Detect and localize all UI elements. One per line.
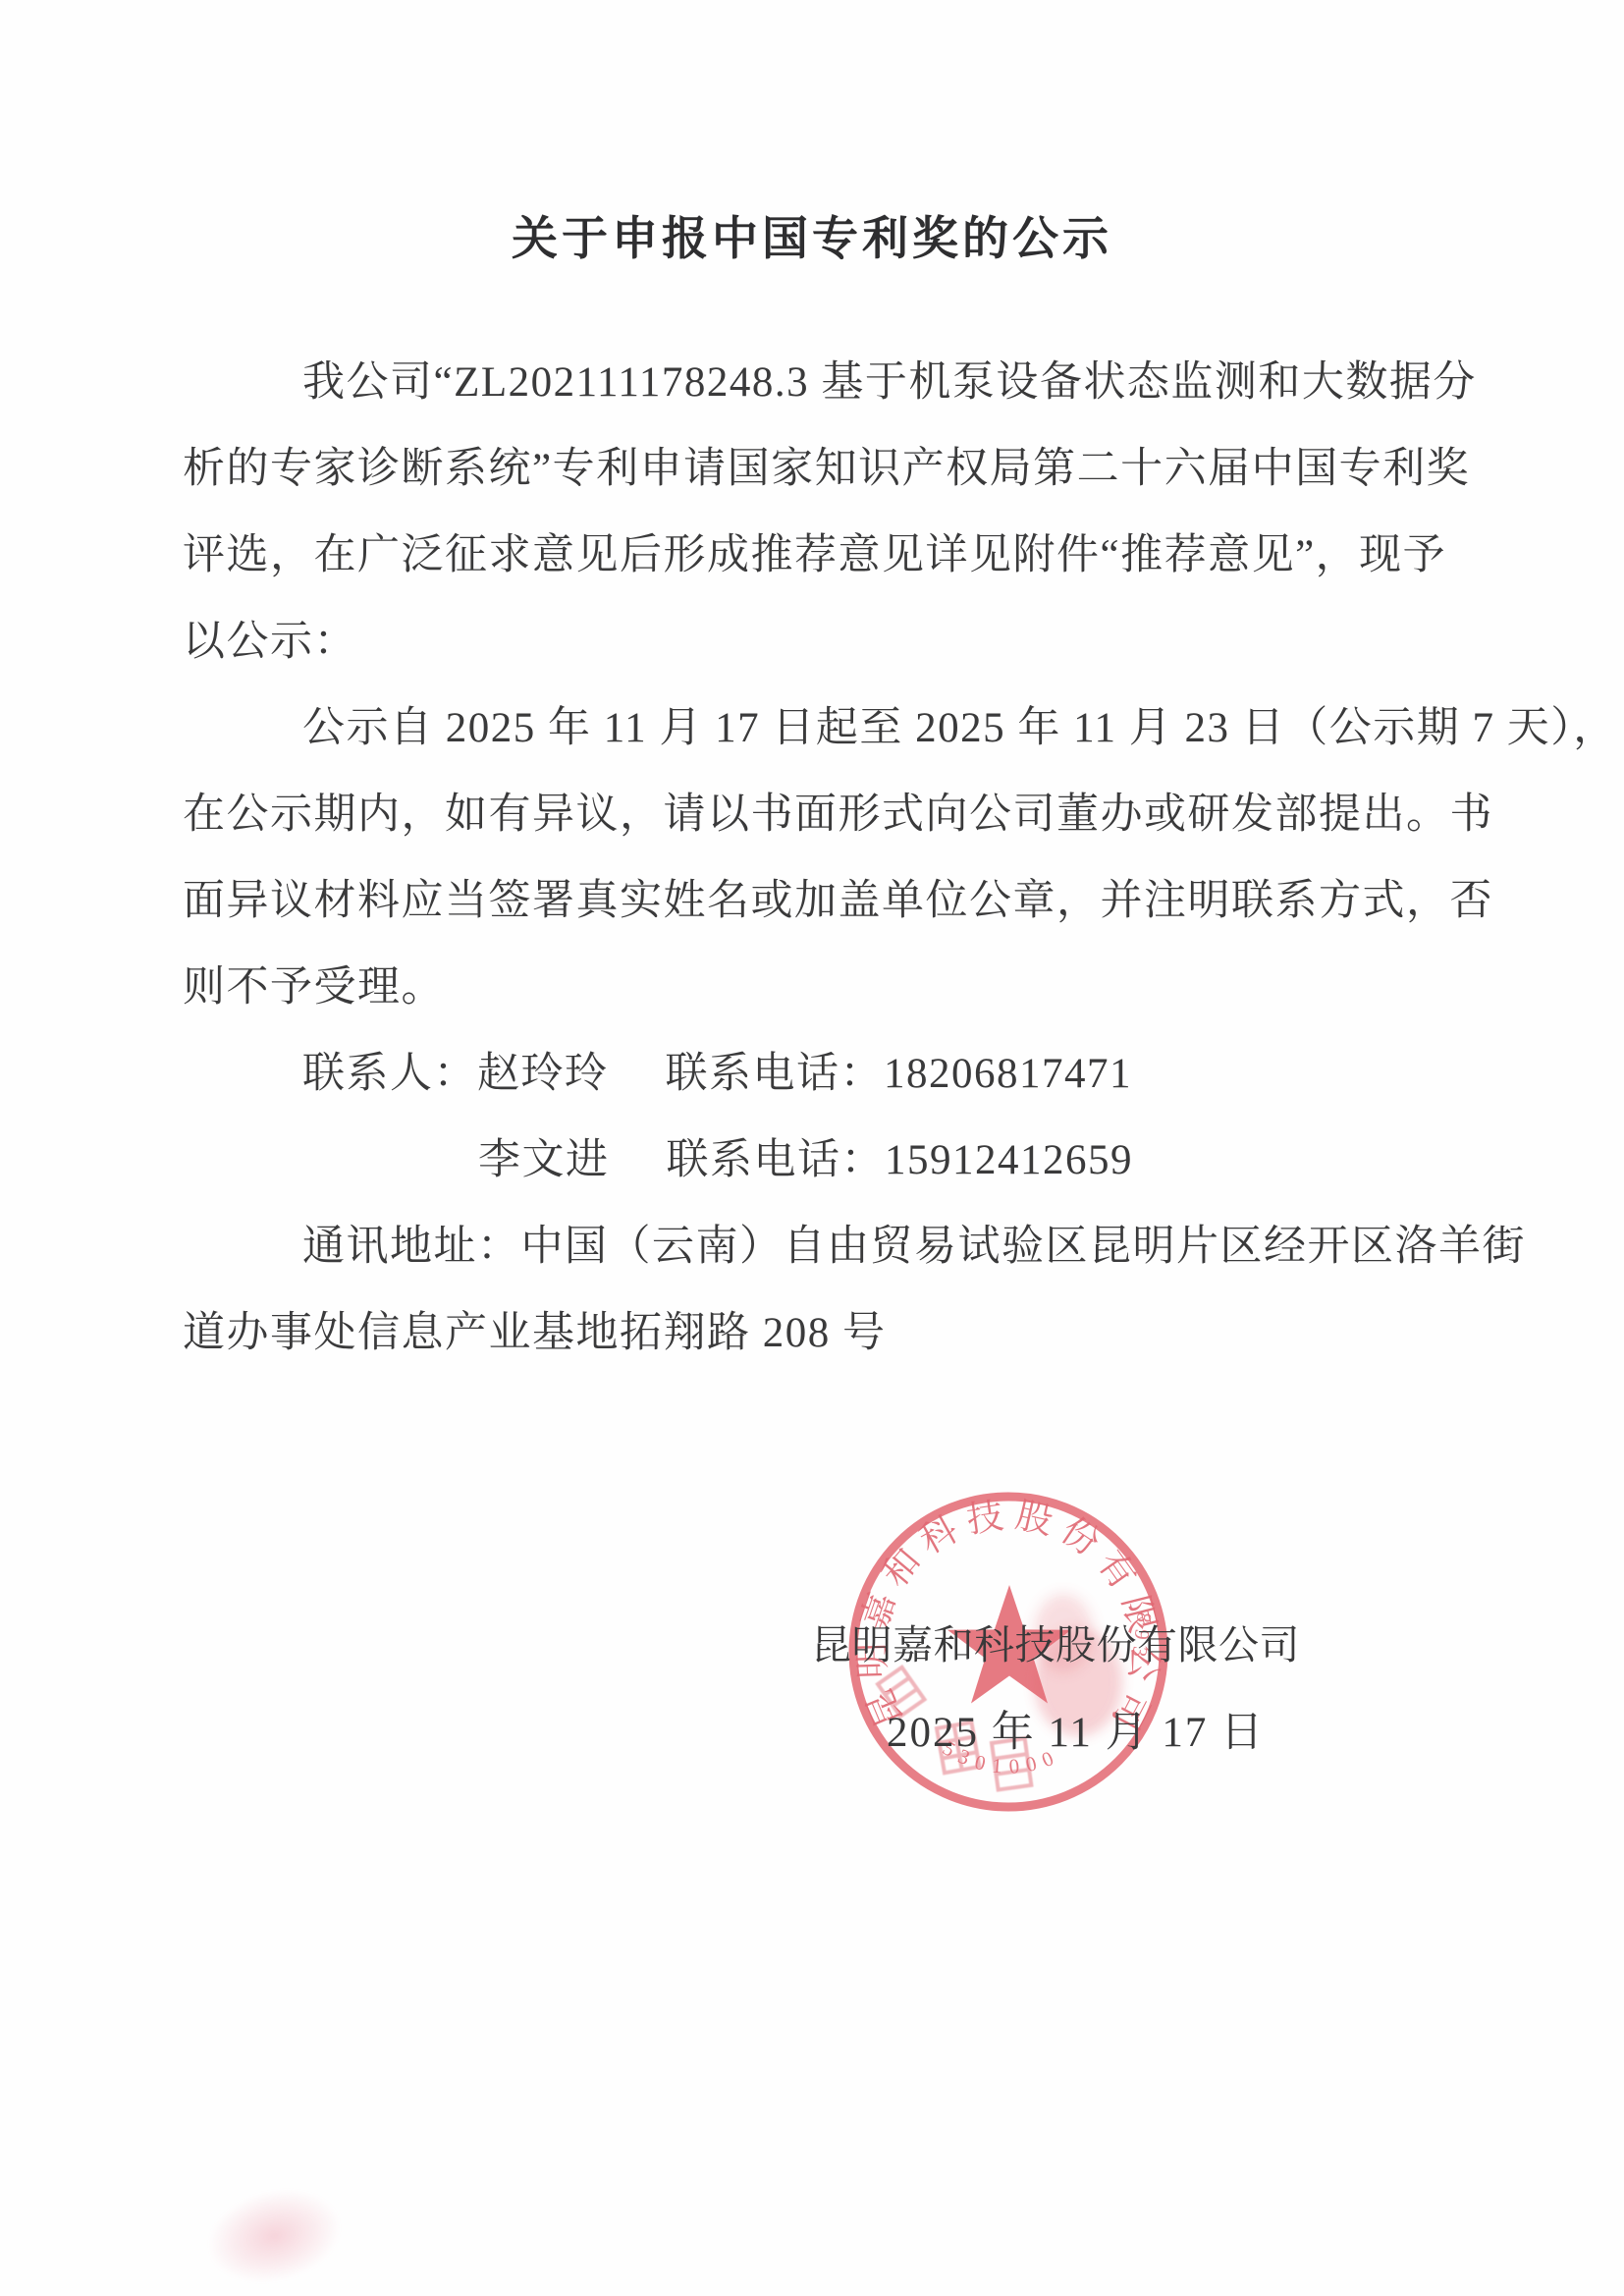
phone-number: 15912412659 (885, 1137, 1133, 1183)
scanned-document-page: 关于申报中国专利奖的公示 我公司“ZL202111178248.3 基于机泵设备… (0, 0, 1624, 2296)
contact-row: 李文进联系电话：15912412659 (478, 1118, 1449, 1204)
contact-name: 赵玲玲 (477, 1051, 609, 1097)
address-line: 道办事处信息产业基地拓翔路 208 号 (183, 1290, 1449, 1377)
body-line: 析的专家诊断系统”专利申请国家知识产权局第二十六届中国专利奖 (183, 426, 1449, 513)
signature-company: 昆明嘉和科技股份有限公司 (811, 1613, 1300, 1670)
body-line: 我公司“ZL202111178248.3 基于机泵设备状态监测和大数据分 (183, 340, 1449, 426)
signature-date: 2025 年 11 月 17 日 (887, 1699, 1265, 1759)
body-line: 以公示： (183, 599, 1449, 685)
phone-number: 18206817471 (884, 1051, 1132, 1097)
body-line: 在公示期内，如有异议，请以书面形式向公司董办或研发部提出。书 (183, 772, 1449, 858)
phone-label: 联系电话： (667, 1137, 886, 1183)
body-line: 面异议材料应当签署真实姓名或加盖单位公章，并注明联系方式，否 (183, 858, 1449, 945)
phone-label: 联系电话： (666, 1051, 885, 1097)
ink-smudge (199, 2177, 350, 2295)
contact-name: 李文进 (478, 1137, 610, 1183)
page-title: 关于申报中国专利奖的公示 (0, 202, 1624, 268)
body-line: 公示自 2025 年 11 月 17 日起至 2025 年 11 月 23 日（… (183, 685, 1449, 772)
contact-label: 联系人： (302, 1051, 477, 1097)
body-line: 则不予受理。 (183, 945, 1449, 1031)
document-body: 我公司“ZL202111178248.3 基于机泵设备状态监测和大数据分 析的专… (183, 340, 1449, 1377)
body-line: 评选，在广泛征求意见后形成推荐意见详见附件“推荐意见”，现予 (183, 513, 1449, 599)
contact-row: 联系人：赵玲玲联系电话：18206817471 (183, 1031, 1449, 1118)
address-line: 通讯地址：中国（云南）自由贸易试验区昆明片区经开区洛羊街 (183, 1204, 1449, 1290)
